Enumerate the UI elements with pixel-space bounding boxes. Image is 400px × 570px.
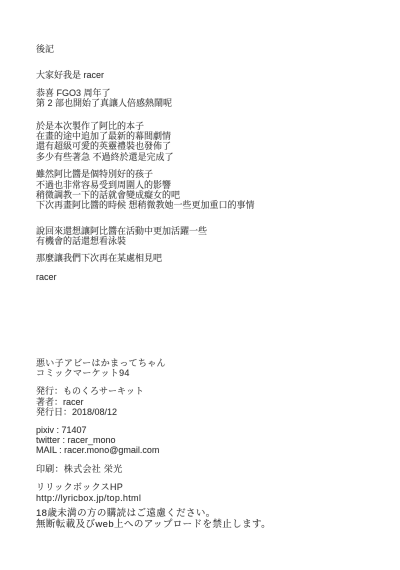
afterword-line: 雖然阿比醬是個特別好的孩子 xyxy=(36,169,380,179)
paragraph-anniversary: 恭喜 FGO3 周年了 第 2 部也開始了真讓人倍感熱鬧呢 xyxy=(36,88,380,109)
page-content: 後記 大家好我是 racer 恭喜 FGO3 周年了 第 2 部也開始了真讓人倍… xyxy=(0,44,400,530)
website-block: リリックボックスHP http://lyricbox.jp/top.html xyxy=(36,482,380,503)
colophon-title-block: 悪い子アビーはかまってちゃん コミックマーケット94 xyxy=(36,358,380,379)
afterword-line: 多少有些著急 不過終於還是完成了 xyxy=(36,152,380,162)
afterword-line: 還有超級可愛的英靈禮裝也發佈了 xyxy=(36,141,380,151)
notice-line: 無断転載及びweb上へのアップロードを禁止します。 xyxy=(36,519,380,530)
website-url: http://lyricbox.jp/top.html xyxy=(36,493,380,503)
website-name: リリックボックスHP xyxy=(36,482,380,492)
afterword-line: 稍微調教一下的話就會變成癡女的吧 xyxy=(36,190,380,200)
paragraph-wishes: 說回來還想讓阿比醬在活動中更加活躍一些 有機會的話還想看泳裝 xyxy=(36,226,380,247)
afterword-line: 下次再畫阿比醬的時候 想稍微教她一些更加重口的事情 xyxy=(36,200,380,210)
colophon-contact-block: pixiv : 71407 twitter : racer_mono MAIL … xyxy=(36,425,380,456)
afterword-line: 在畫的途中追加了最新的幕間劇情 xyxy=(36,131,380,141)
age-restriction-notice: 18歳未満の方の購読はご遠慮ください。 無断転載及びweb上へのアップロードを禁… xyxy=(36,508,380,530)
printer-line: 印刷：株式会社 栄光 xyxy=(36,464,380,474)
author-signature: racer xyxy=(36,272,380,282)
author-line: 著者：racer xyxy=(36,397,380,407)
event-name: コミックマーケット94 xyxy=(36,368,380,378)
mail-address-line: MAIL : racer.mono@gmail.com xyxy=(36,445,380,455)
notice-line: 18歳未満の方の購読はご遠慮ください。 xyxy=(36,508,380,519)
afterword-line: 於是本次製作了阿比的本子 xyxy=(36,121,380,131)
afterword-line: 大家好我是 racer xyxy=(36,70,380,80)
paragraph-farewell: 那麼讓我們下次再在某處相見吧 xyxy=(36,253,380,263)
afterword-line: 有機會的話還想看泳裝 xyxy=(36,236,380,246)
afterword-line: 說回來還想讓阿比醬在活動中更加活躍一些 xyxy=(36,226,380,236)
paragraph-greeting: 大家好我是 racer xyxy=(36,70,380,80)
afterword-line: 那麼讓我們下次再在某處相見吧 xyxy=(36,253,380,263)
paragraph-about-abby: 雖然阿比醬是個特別好的孩子 不過也非常容易受到周圍人的影響 稍微調教一下的話就會… xyxy=(36,169,380,211)
afterword-line: 恭喜 FGO3 周年了 xyxy=(36,88,380,98)
paragraph-making-of: 於是本次製作了阿比的本子 在畫的途中追加了最新的幕間劇情 還有超級可愛的英靈禮裝… xyxy=(36,121,380,163)
publish-date-line: 発行日：2018/08/12 xyxy=(36,407,380,417)
publisher-line: 発行：ものくろサーキット xyxy=(36,386,380,396)
afterword-line: 第 2 部也開始了真讓人倍感熱鬧呢 xyxy=(36,98,380,108)
afterword-heading: 後記 xyxy=(36,44,380,54)
afterword-line: 不過也非常容易受到周圍人的影響 xyxy=(36,180,380,190)
pixiv-id-line: pixiv : 71407 xyxy=(36,425,380,435)
book-title: 悪い子アビーはかまってちゃん xyxy=(36,358,380,368)
twitter-handle-line: twitter : racer_mono xyxy=(36,435,380,445)
colophon-publish-block: 発行：ものくろサーキット 著者：racer 発行日：2018/08/12 xyxy=(36,386,380,417)
scanned-afterword-page: 後記 大家好我是 racer 恭喜 FGO3 周年了 第 2 部也開始了真讓人倍… xyxy=(0,0,400,570)
